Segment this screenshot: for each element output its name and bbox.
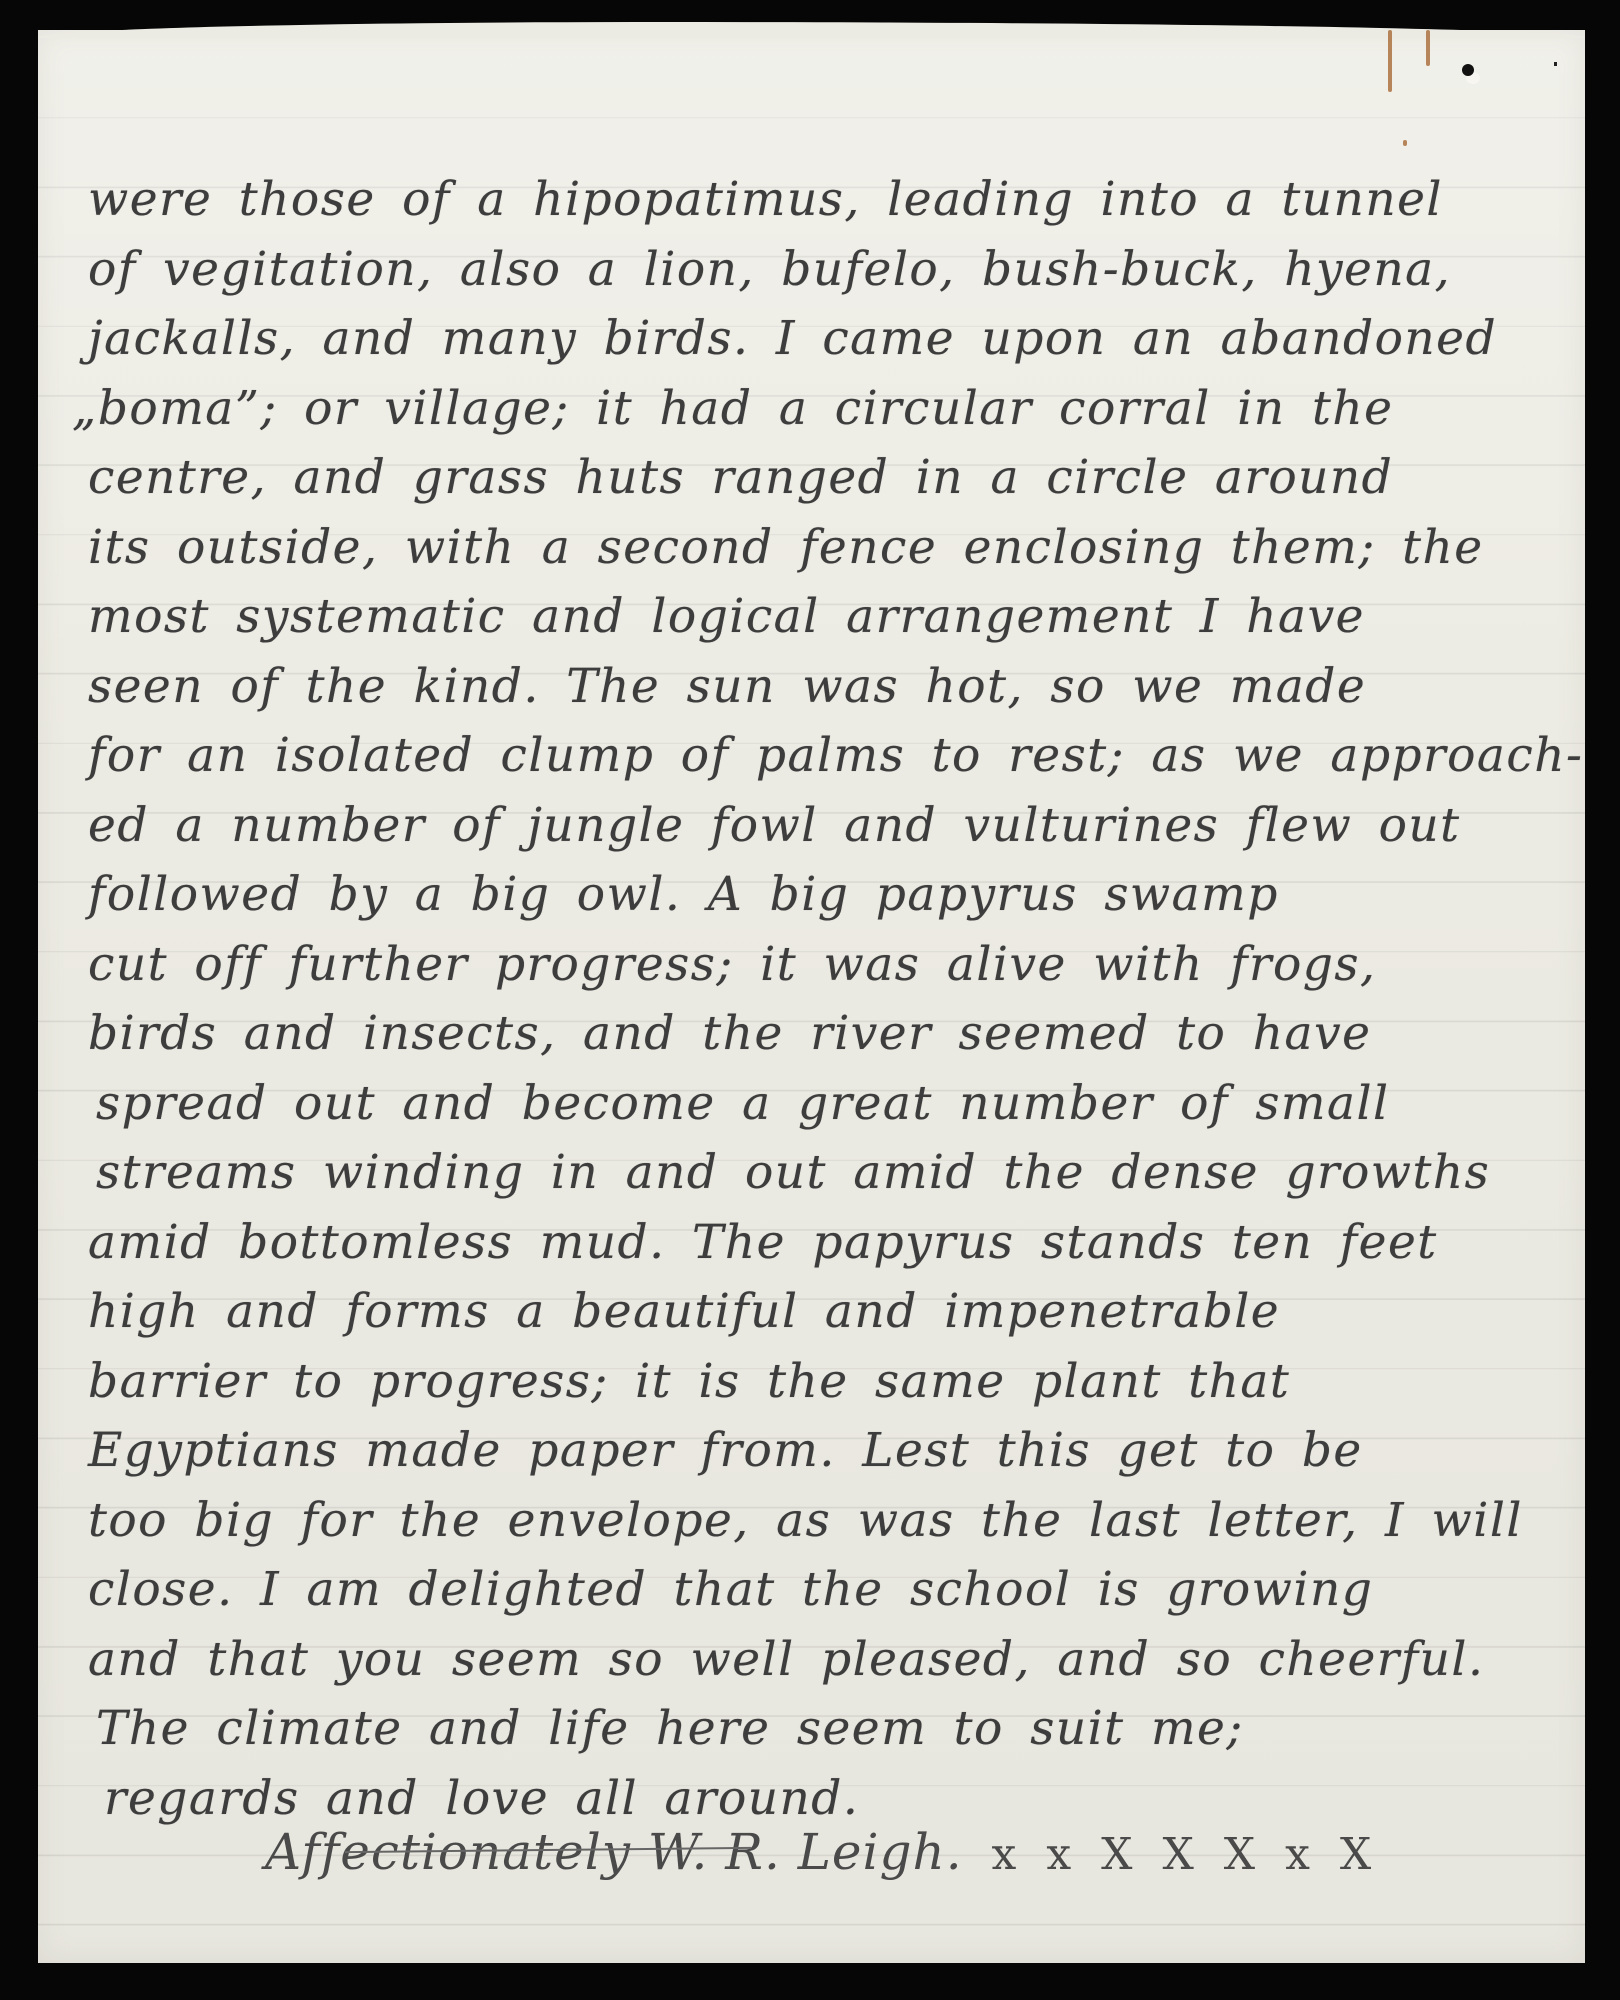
letter-line: Egyptians made paper from. Lest this get… xyxy=(88,1426,1558,1476)
paper-speck xyxy=(1554,62,1557,66)
letter-line: ed a number of jungle fowl and vulturine… xyxy=(88,801,1558,851)
letter-line: for an isolated clump of palms to rest; … xyxy=(88,731,1558,781)
rust-speck xyxy=(1403,140,1407,146)
letter-line: „boma”; or village; it had a circular co… xyxy=(72,384,1542,434)
letter-line: centre, and grass huts ranged in a circl… xyxy=(88,453,1558,503)
letter-line: too big for the envelope, as was the las… xyxy=(88,1496,1558,1546)
letter-line: high and forms a beautiful and impenetra… xyxy=(88,1287,1558,1337)
kisses-marks: x x X X X x X xyxy=(992,1829,1380,1880)
letter-line: close. I am delighted that the school is… xyxy=(88,1565,1558,1615)
letter-line: seen of the kind. The sun was hot, so we… xyxy=(88,662,1558,712)
signature-block: Affectionately W. R. Leigh. x x X X X x … xyxy=(265,1825,1379,1882)
letter-line: amid bottomless mud. The papyrus stands … xyxy=(88,1218,1558,1268)
letter-line: barrier to progress; it is the same plan… xyxy=(88,1357,1558,1407)
letter-line: streams winding in and out amid the dens… xyxy=(96,1148,1566,1198)
rust-stain xyxy=(1388,30,1392,92)
letter-line: were those of a hipopatimus, leading int… xyxy=(88,175,1558,225)
letter-line: regards and love all around. xyxy=(104,1774,1574,1824)
letter-line: of vegitation, also a lion, bufelo, bush… xyxy=(88,245,1558,295)
letter-line: and that you seem so well pleased, and s… xyxy=(88,1635,1558,1685)
letter-line: spread out and become a great number of … xyxy=(96,1079,1566,1129)
letter-line: The climate and life here seem to suit m… xyxy=(96,1704,1566,1754)
rust-stain xyxy=(1426,30,1430,66)
paper-top-edge xyxy=(38,22,1585,38)
letter-line: cut off further progress; it was alive w… xyxy=(88,940,1558,990)
pin-hole xyxy=(1462,64,1474,76)
letter-line: most systematic and logical arrangement … xyxy=(88,592,1558,642)
letter-line: birds and insects, and the river seemed … xyxy=(88,1009,1558,1059)
letter-line: jackalls, and many birds. I came upon an… xyxy=(88,314,1558,364)
closing-salutation: Affectionately xyxy=(265,1823,631,1881)
letter-line: its outside, with a second fence enclosi… xyxy=(88,523,1558,573)
signer-name: W. R. Leigh. xyxy=(648,1823,963,1881)
letter-line: followed by a big owl. A big papyrus swa… xyxy=(88,870,1558,920)
